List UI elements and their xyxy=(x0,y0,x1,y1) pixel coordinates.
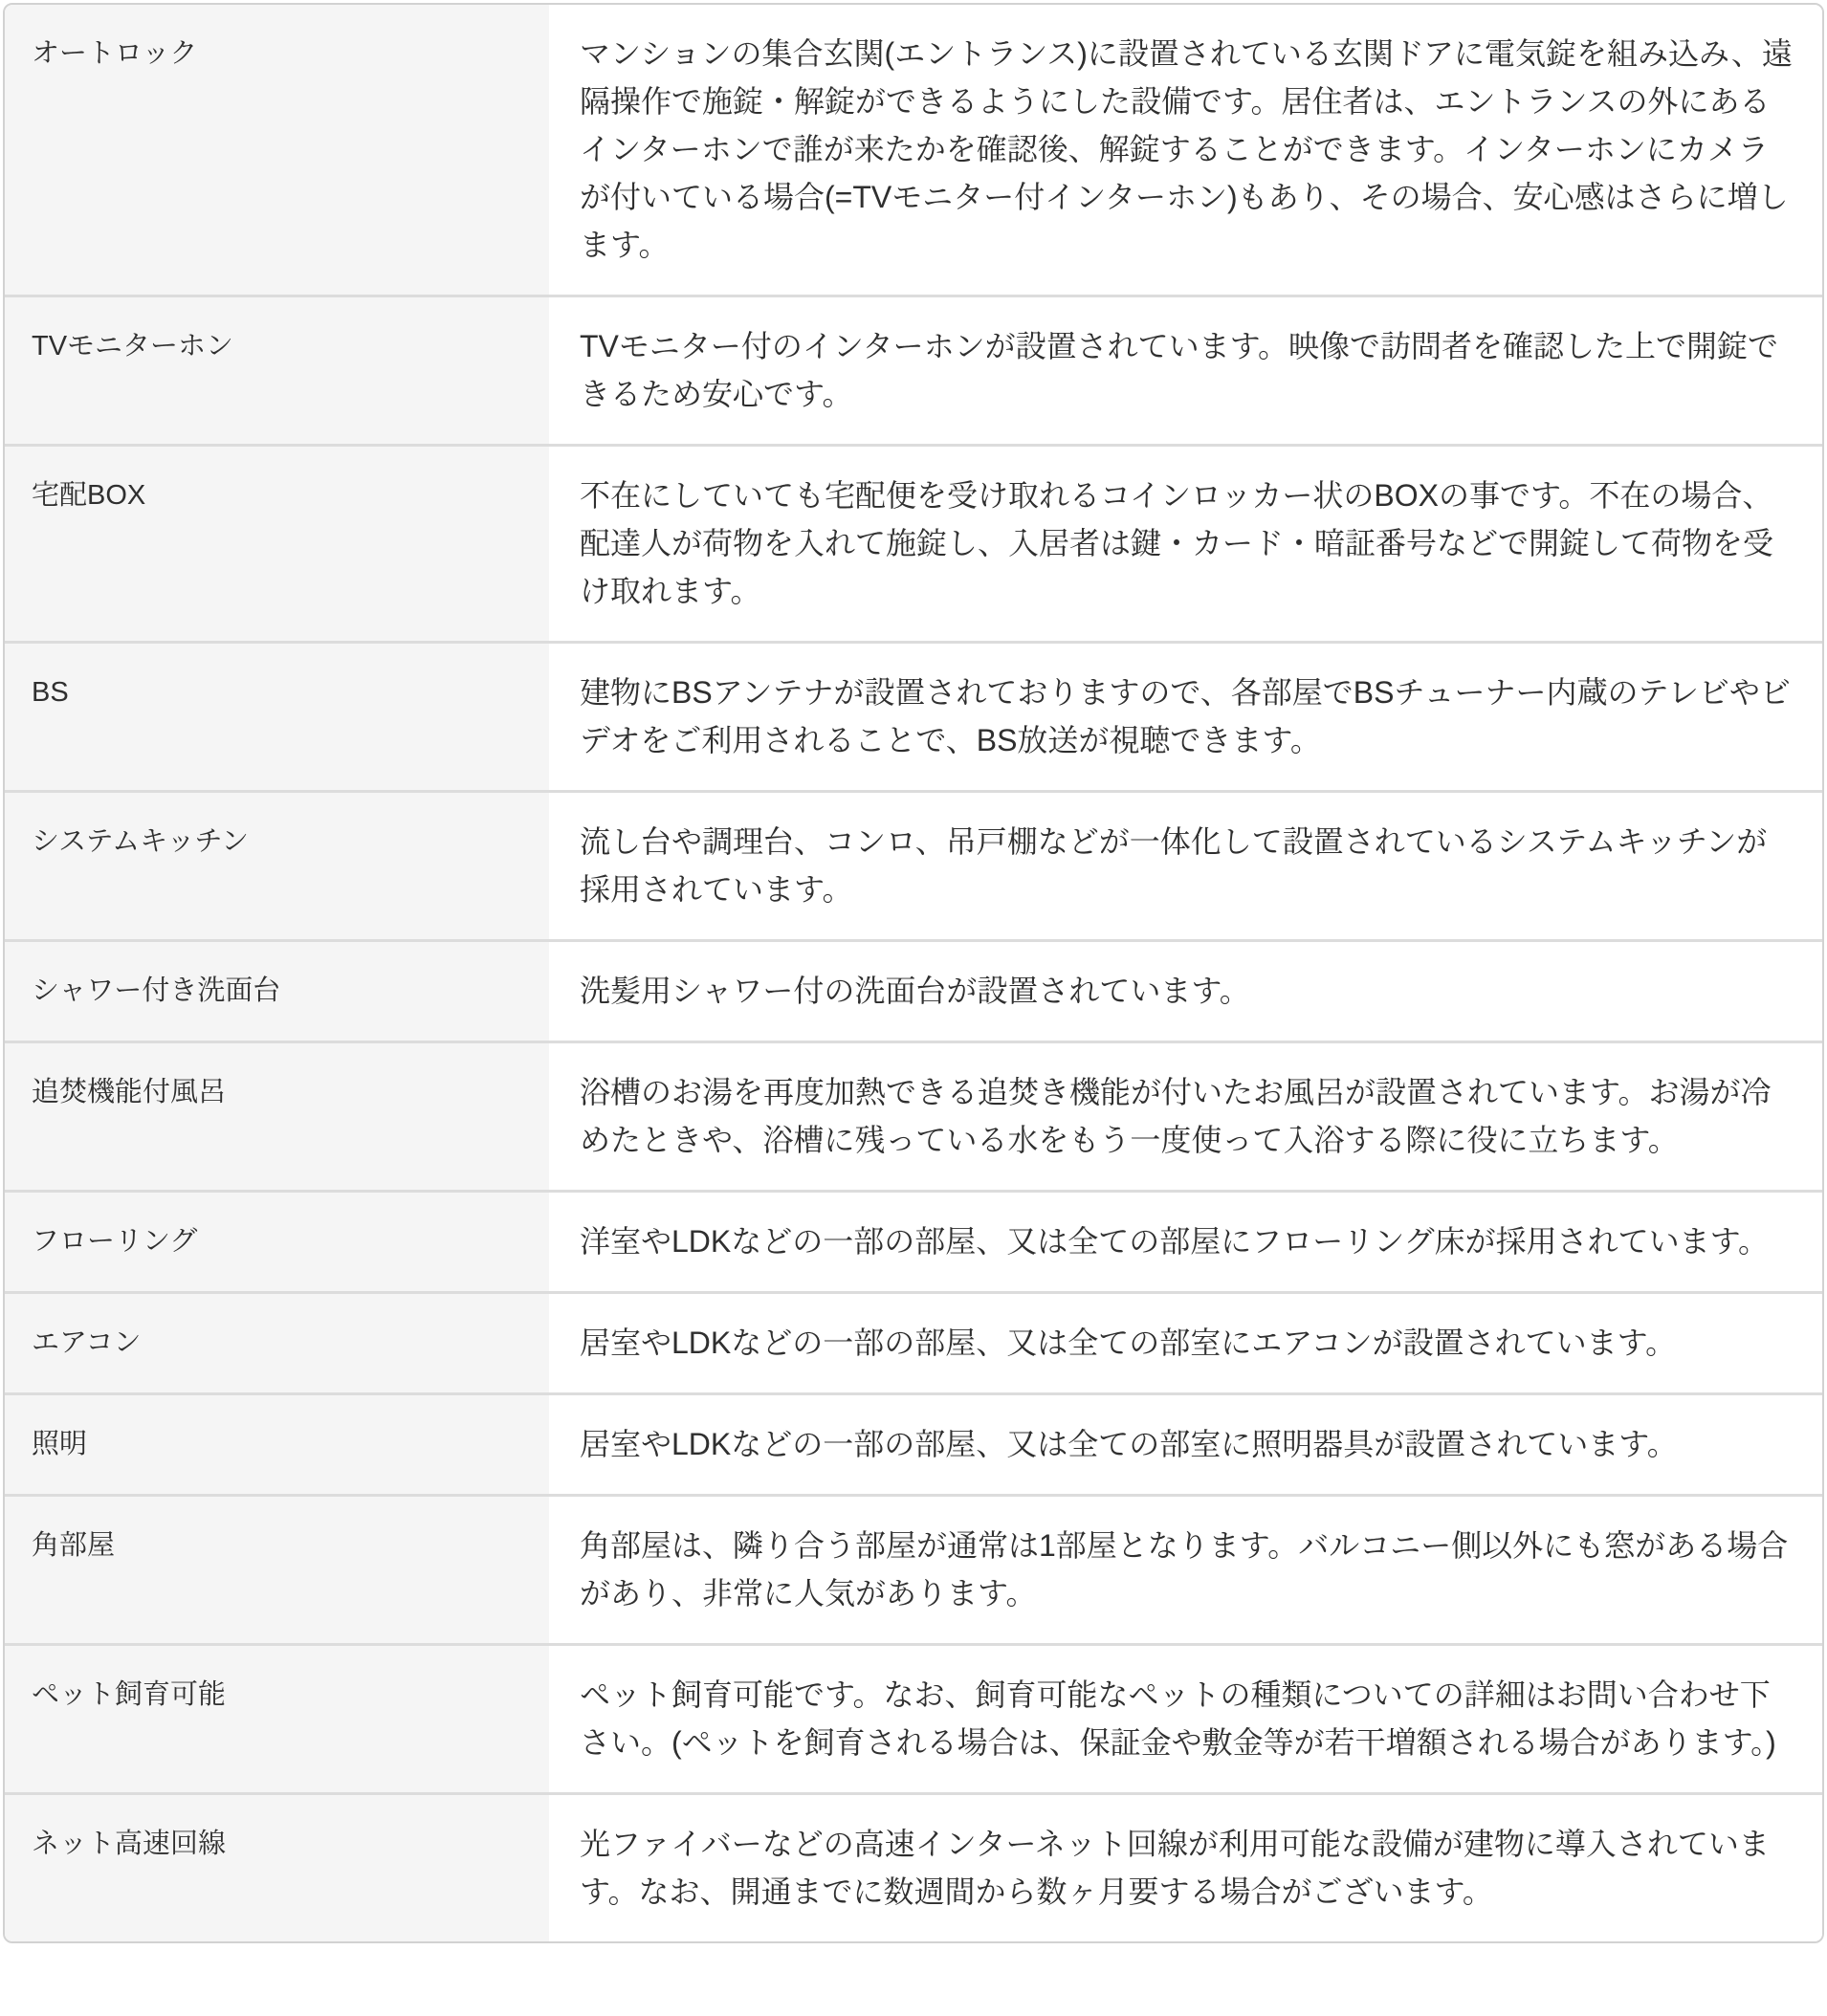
table-row: BS 建物にBSアンテナが設置されておりますので、各部屋でBSチューナー内蔵のテ… xyxy=(5,641,1822,790)
table-row: オートロック マンションの集合玄関(エントランス)に設置されている玄関ドアに電気… xyxy=(5,5,1822,295)
feature-description: ペット飼育可能です。なお、飼育可能なペットの種類についての詳細はお問い合わせ下さ… xyxy=(549,1646,1822,1792)
feature-term: シャワー付き洗面台 xyxy=(5,942,549,1041)
features-table: オートロック マンションの集合玄関(エントランス)に設置されている玄関ドアに電気… xyxy=(3,3,1824,1943)
feature-description: 不在にしていても宅配便を受け取れるコインロッカー状のBOXの事です。不在の場合、… xyxy=(549,447,1822,641)
feature-description: 流し台や調理台、コンロ、吊戸棚などが一体化して設置されているシステムキッチンが採… xyxy=(549,793,1822,939)
feature-term: ペット飼育可能 xyxy=(5,1646,549,1792)
feature-term: フローリング xyxy=(5,1193,549,1291)
feature-description: 光ファイバーなどの高速インターネット回線が利用可能な設備が建物に導入されています… xyxy=(549,1795,1822,1941)
feature-description: 浴槽のお湯を再度加熱できる追焚き機能が付いたお風呂が設置されています。お湯が冷め… xyxy=(549,1043,1822,1190)
feature-description: 居室やLDKなどの一部の部屋、又は全ての部室にエアコンが設置されています。 xyxy=(549,1294,1822,1392)
table-row: フローリング 洋室やLDKなどの一部の部屋、又は全ての部屋にフローリング床が採用… xyxy=(5,1190,1822,1291)
feature-description: マンションの集合玄関(エントランス)に設置されている玄関ドアに電気錠を組み込み、… xyxy=(549,5,1822,295)
table-row: ネット高速回線 光ファイバーなどの高速インターネット回線が利用可能な設備が建物に… xyxy=(5,1792,1822,1941)
table-row: エアコン 居室やLDKなどの一部の部屋、又は全ての部室にエアコンが設置されていま… xyxy=(5,1291,1822,1392)
feature-description: 居室やLDKなどの一部の部屋、又は全ての部室に照明器具が設置されています。 xyxy=(549,1395,1822,1494)
feature-term: ネット高速回線 xyxy=(5,1795,549,1941)
feature-term: BS xyxy=(5,644,549,790)
feature-term: TVモニターホン xyxy=(5,297,549,444)
feature-term: エアコン xyxy=(5,1294,549,1392)
feature-description: 洗髪用シャワー付の洗面台が設置されています。 xyxy=(549,942,1822,1041)
feature-description: 建物にBSアンテナが設置されておりますので、各部屋でBSチューナー内蔵のテレビや… xyxy=(549,644,1822,790)
table-row: 追焚機能付風呂 浴槽のお湯を再度加熱できる追焚き機能が付いたお風呂が設置されてい… xyxy=(5,1041,1822,1190)
table-row: ペット飼育可能 ペット飼育可能です。なお、飼育可能なペットの種類についての詳細は… xyxy=(5,1643,1822,1792)
feature-term: 照明 xyxy=(5,1395,549,1494)
feature-description: TVモニター付のインターホンが設置されています。映像で訪問者を確認した上で開錠で… xyxy=(549,297,1822,444)
table-row: 照明 居室やLDKなどの一部の部屋、又は全ての部室に照明器具が設置されています。 xyxy=(5,1392,1822,1494)
feature-term: 宅配BOX xyxy=(5,447,549,641)
table-row: 宅配BOX 不在にしていても宅配便を受け取れるコインロッカー状のBOXの事です。… xyxy=(5,444,1822,641)
feature-description: 角部屋は、隣り合う部屋が通常は1部屋となります。バルコニー側以外にも窓がある場合… xyxy=(549,1497,1822,1643)
feature-term: オートロック xyxy=(5,5,549,295)
table-row: 角部屋 角部屋は、隣り合う部屋が通常は1部屋となります。バルコニー側以外にも窓が… xyxy=(5,1494,1822,1643)
feature-term: システムキッチン xyxy=(5,793,549,939)
feature-term: 角部屋 xyxy=(5,1497,549,1643)
table-row: シャワー付き洗面台 洗髪用シャワー付の洗面台が設置されています。 xyxy=(5,939,1822,1041)
table-row: TVモニターホン TVモニター付のインターホンが設置されています。映像で訪問者を… xyxy=(5,295,1822,444)
feature-description: 洋室やLDKなどの一部の部屋、又は全ての部屋にフローリング床が採用されています。 xyxy=(549,1193,1822,1291)
table-row: システムキッチン 流し台や調理台、コンロ、吊戸棚などが一体化して設置されているシ… xyxy=(5,790,1822,939)
feature-term: 追焚機能付風呂 xyxy=(5,1043,549,1190)
